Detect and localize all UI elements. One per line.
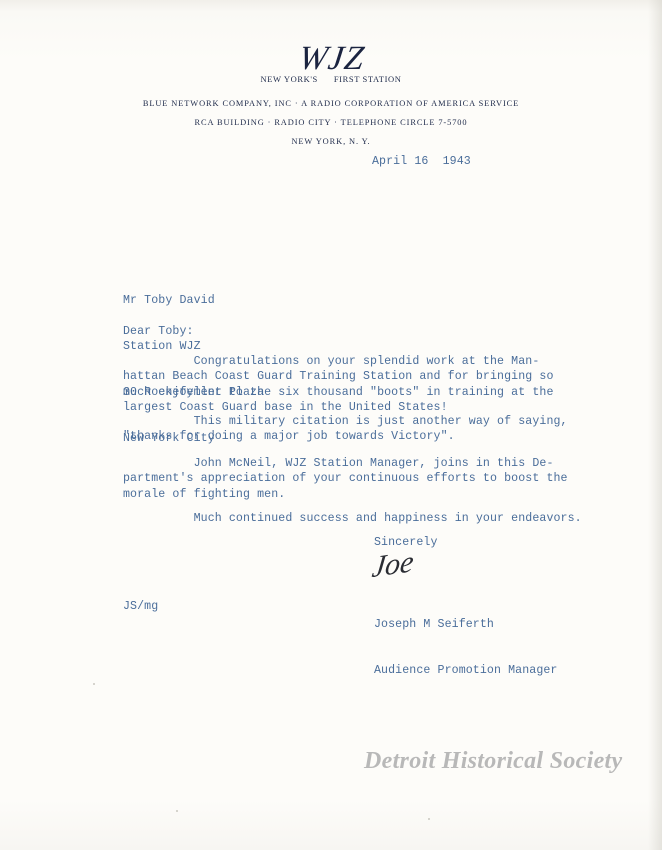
signer-name: Joseph M Seiferth [374,617,558,632]
letter-page: WJZ NEW YORK'SFIRST STATION BLUE NETWORK… [0,0,662,850]
signer-title: Audience Promotion Manager [374,663,558,678]
paragraph-congratulations: Congratulations on your splendid work at… [123,354,554,416]
logo-row: WJZ NEW YORK'SFIRST STATION [0,40,662,88]
paper-speck [176,810,178,812]
letterhead-city-line: NEW YORK, N. Y. [0,132,662,151]
signer-block: Joseph M Seiferth Audience Promotion Man… [374,586,558,709]
letterhead: WJZ NEW YORK'SFIRST STATION BLUE NETWORK… [0,40,662,151]
salutation: Dear Toby: [123,324,194,339]
paragraph-appreciation: John McNeil, WJZ Station Manager, joins … [123,456,568,502]
letterhead-address-line: RCA BUILDING · RADIO CITY · TELEPHONE CI… [0,113,662,132]
letter-date: April 16 1943 [372,154,471,169]
watermark: Detroit Historical Society [364,748,622,775]
handwritten-signature: Joe [370,547,415,584]
paragraph-closing-wish: Much continued success and happiness in … [123,511,582,526]
wjz-logo: WJZ [297,42,367,76]
paper-speck [93,683,95,685]
tagline-left: NEW YORK'S [260,74,317,84]
tagline: NEW YORK'SFIRST STATION [0,74,662,84]
paragraph-citation: This military citation is just another w… [123,414,568,445]
tagline-right: FIRST STATION [334,74,402,84]
address-line: Station WJZ [123,339,264,354]
typist-initials: JS/mg [123,599,158,614]
paper-speck [428,818,430,820]
address-line: Mr Toby David [123,293,264,308]
letterhead-company-line: BLUE NETWORK COMPANY, INC · A RADIO CORP… [0,94,662,113]
